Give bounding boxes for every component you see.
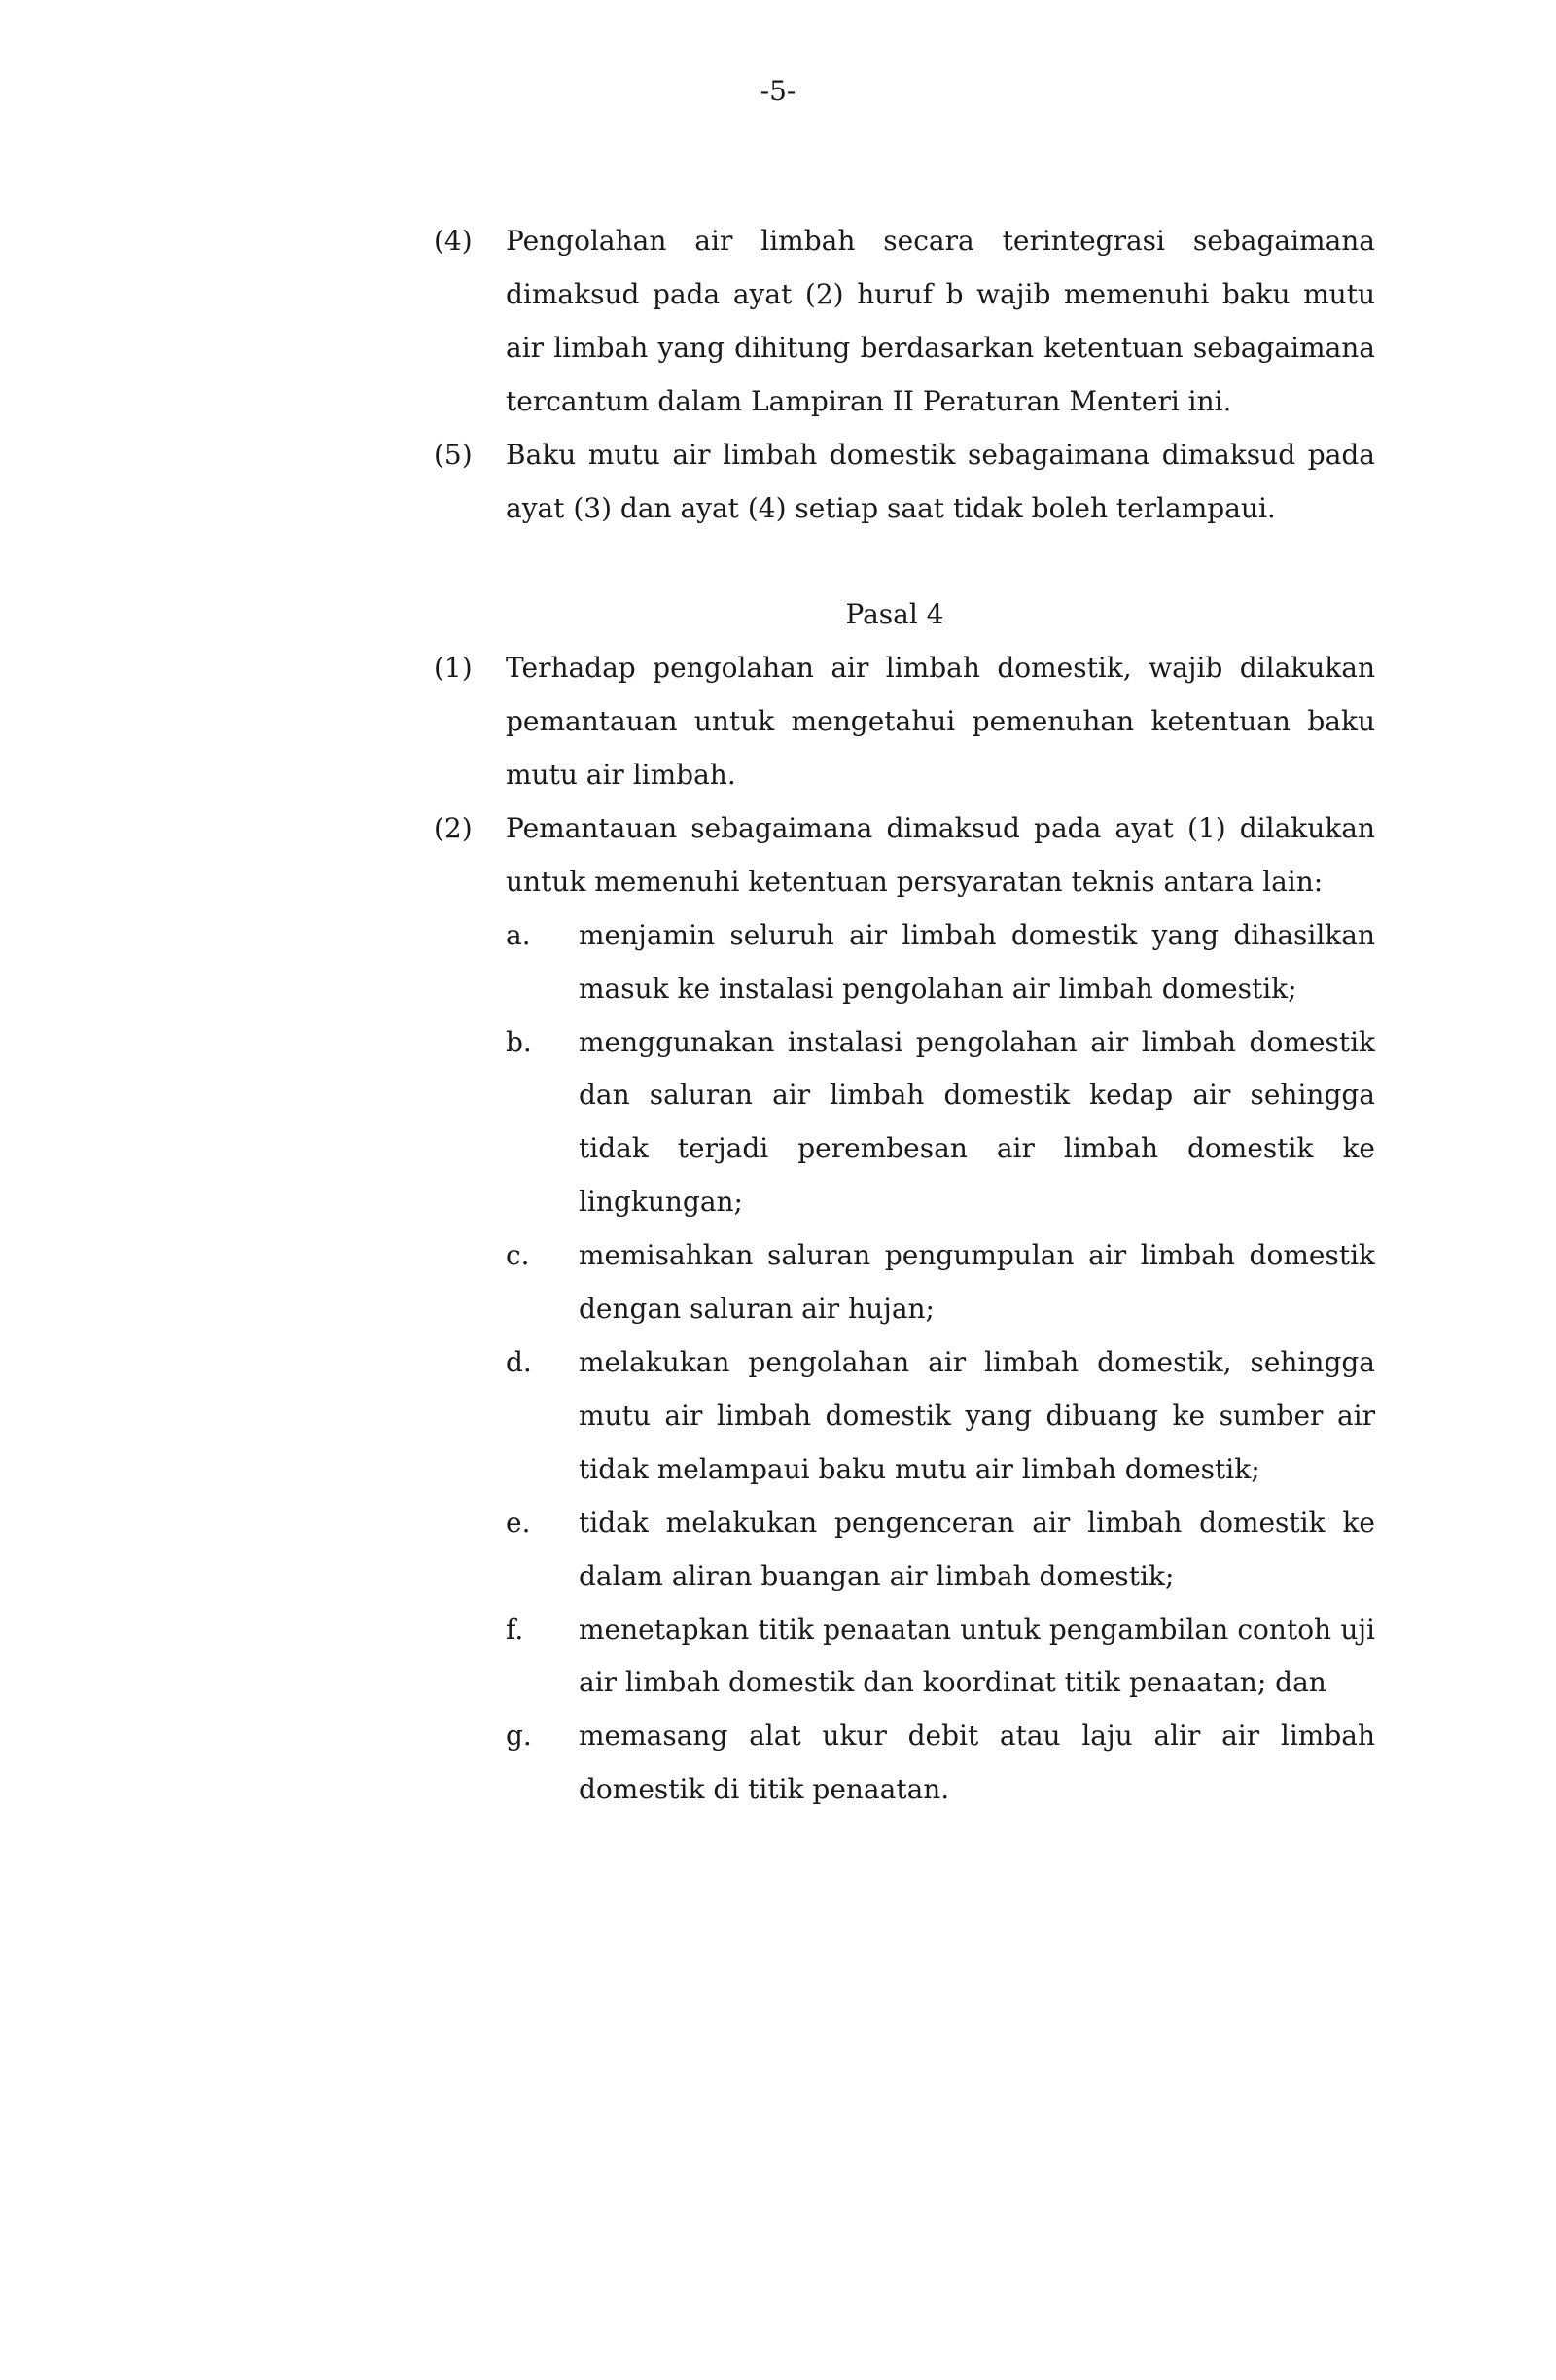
list-item-g: g. memasang alat ukur debit atau laju al… <box>506 1710 1375 1817</box>
list-item-e: e. tidak melakukan pengenceran air limba… <box>506 1497 1375 1604</box>
item-letter: e. <box>506 1497 579 1604</box>
ayat-number: (5) <box>434 429 506 536</box>
ayat-body: Pemantauan sebagaimana dimaksud pada aya… <box>506 802 1375 1817</box>
ayat-number: (1) <box>434 642 506 802</box>
document-body: (4) Pengolahan air limbah secara terinte… <box>434 215 1375 1817</box>
item-letter: a. <box>506 909 579 1016</box>
item-text: menggunakan instalasi pengolahan air lim… <box>579 1016 1375 1230</box>
ayat-4: (4) Pengolahan air limbah secara terinte… <box>434 215 1375 429</box>
ayat-text: Baku mutu air limbah domestik sebagaiman… <box>506 429 1375 536</box>
ayat-5: (5) Baku mutu air limbah domestik sebaga… <box>434 429 1375 536</box>
requirement-list: a. menjamin seluruh air limbah domestik … <box>506 909 1375 1817</box>
pasal4-ayat-2: (2) Pemantauan sebagaimana dimaksud pada… <box>434 802 1375 1817</box>
item-text: memisahkan saluran pengumpulan air limba… <box>579 1229 1375 1336</box>
pasal4-ayat-1: (1) Terhadap pengolahan air limbah domes… <box>434 642 1375 802</box>
pasal-heading: Pasal 4 <box>424 588 1365 642</box>
item-letter: c. <box>506 1229 579 1336</box>
item-letter: d. <box>506 1336 579 1497</box>
item-text: menetapkan titik penaatan untuk pengambi… <box>579 1604 1375 1711</box>
item-letter: f. <box>506 1604 579 1711</box>
ayat-number: (4) <box>434 215 506 429</box>
item-text: memasang alat ukur debit atau laju alir … <box>579 1710 1375 1817</box>
page-number: -5- <box>0 72 1556 111</box>
list-item-a: a. menjamin seluruh air limbah domestik … <box>506 909 1375 1016</box>
ayat-text: Terhadap pengolahan air limbah domestik,… <box>506 642 1375 802</box>
item-text: tidak melakukan pengenceran air limbah d… <box>579 1497 1375 1604</box>
list-item-c: c. memisahkan saluran pengumpulan air li… <box>506 1229 1375 1336</box>
list-item-d: d. melakukan pengolahan air limbah domes… <box>506 1336 1375 1497</box>
ayat-number: (2) <box>434 802 506 1817</box>
item-letter: b. <box>506 1016 579 1230</box>
item-letter: g. <box>506 1710 579 1817</box>
list-item-b: b. menggunakan instalasi pengolahan air … <box>506 1016 1375 1230</box>
ayat-text: Pengolahan air limbah secara terintegras… <box>506 215 1375 429</box>
ayat-text: Pemantauan sebagaimana dimaksud pada aya… <box>506 802 1375 909</box>
item-text: melakukan pengolahan air limbah domestik… <box>579 1336 1375 1497</box>
list-item-f: f. menetapkan titik penaatan untuk penga… <box>506 1604 1375 1711</box>
item-text: menjamin seluruh air limbah domestik yan… <box>579 909 1375 1016</box>
spacer <box>434 535 1375 588</box>
